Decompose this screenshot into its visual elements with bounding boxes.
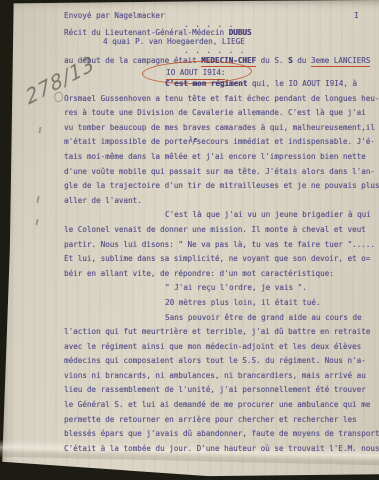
typed-line: l'action qui fut meurtrière et terrible,…	[64, 325, 379, 340]
typed-line: C'était à la tombée du jour. D'une haute…	[64, 442, 379, 457]
typed-line: partir. Nous lui disons: " Ne va pas là,…	[64, 238, 379, 253]
role-mid2: du	[293, 56, 311, 65]
typed-line: 20 mètres plus loin, il était tué.	[64, 296, 379, 311]
typed-line: permette de retourner en arrière pour ch…	[64, 413, 379, 428]
title-name: DUBUS	[229, 28, 252, 37]
typed-line: le Colonel venait de donner une mission.…	[64, 223, 379, 238]
typed-line: d'une voûte mobile qui passait sur ma tê…	[64, 165, 379, 180]
title-prefix: Récit du Lieutenant-Général-Médecin	[64, 28, 229, 37]
typed-lines: C'est mon régiment qui, le IO AOUT I9I4,…	[64, 77, 379, 462]
typed-line: Sans pouvoir être de grand aide au cours…	[64, 311, 379, 326]
typed-line: gle de la trajectoire d'un tir de mitrai…	[64, 179, 379, 194]
typed-text: qui, le IO AOUT I9I4, à	[247, 79, 357, 88]
typed-line: C'est mon régiment qui, le IO AOUT I9I4,…	[64, 77, 379, 92]
typed-line: aller de l'avant.	[64, 194, 379, 209]
typed-line: avec le régiment ainsi que mon médecin-a…	[64, 340, 379, 355]
typed-line: tais moi-même dans la mêlée et j'ai enco…	[64, 150, 379, 165]
separator-dots-mid: . . . . . .	[184, 46, 245, 56]
page-number: I	[354, 11, 359, 21]
typed-line: vu tomber beaucoup de mes braves camarad…	[64, 121, 379, 136]
sender-line: Envoyé par Nagelmacker	[64, 11, 165, 21]
typed-line: blessés épars que j'avais dû abandonner,…	[64, 427, 379, 442]
typed-line: vions ni brancards, ni ambulances, ni br…	[64, 369, 379, 384]
typed-line: le Général S. et lui ai demandé de me pr…	[64, 398, 379, 413]
typed-line: Orsmael Gussenhoven a tenu tête et fait …	[64, 92, 379, 107]
typed-line: médecins qui composaient alors tout le S…	[64, 354, 379, 369]
typed-line: res à toute une Division de Cavalerie al…	[64, 106, 379, 121]
typed-line: béir en allant vite, de répondre: d'un m…	[64, 267, 379, 282]
inserted-word: le	[189, 136, 197, 144]
typed-line: lieu de rassemblement de l'unité, j'ai p…	[64, 383, 379, 398]
role-mid: du S.	[256, 56, 288, 65]
typed-line: Et lui, sublime dans sa simplicité, ne v…	[64, 252, 379, 267]
typed-line: m'était impossible de porter/secours imm…	[64, 135, 379, 150]
typed-line: " J'ai reçu l'ordre, je vais ".	[64, 281, 379, 296]
typed-line: C'est là que j'ai vu un jeune brigadier …	[64, 208, 379, 223]
overstruck-text: C'est mon régiment	[165, 79, 247, 88]
photo-of-document: { "page": { "background_color": "#1d1c14…	[0, 0, 379, 480]
regiment-highlight: 3eme LANCIERS	[311, 56, 370, 67]
